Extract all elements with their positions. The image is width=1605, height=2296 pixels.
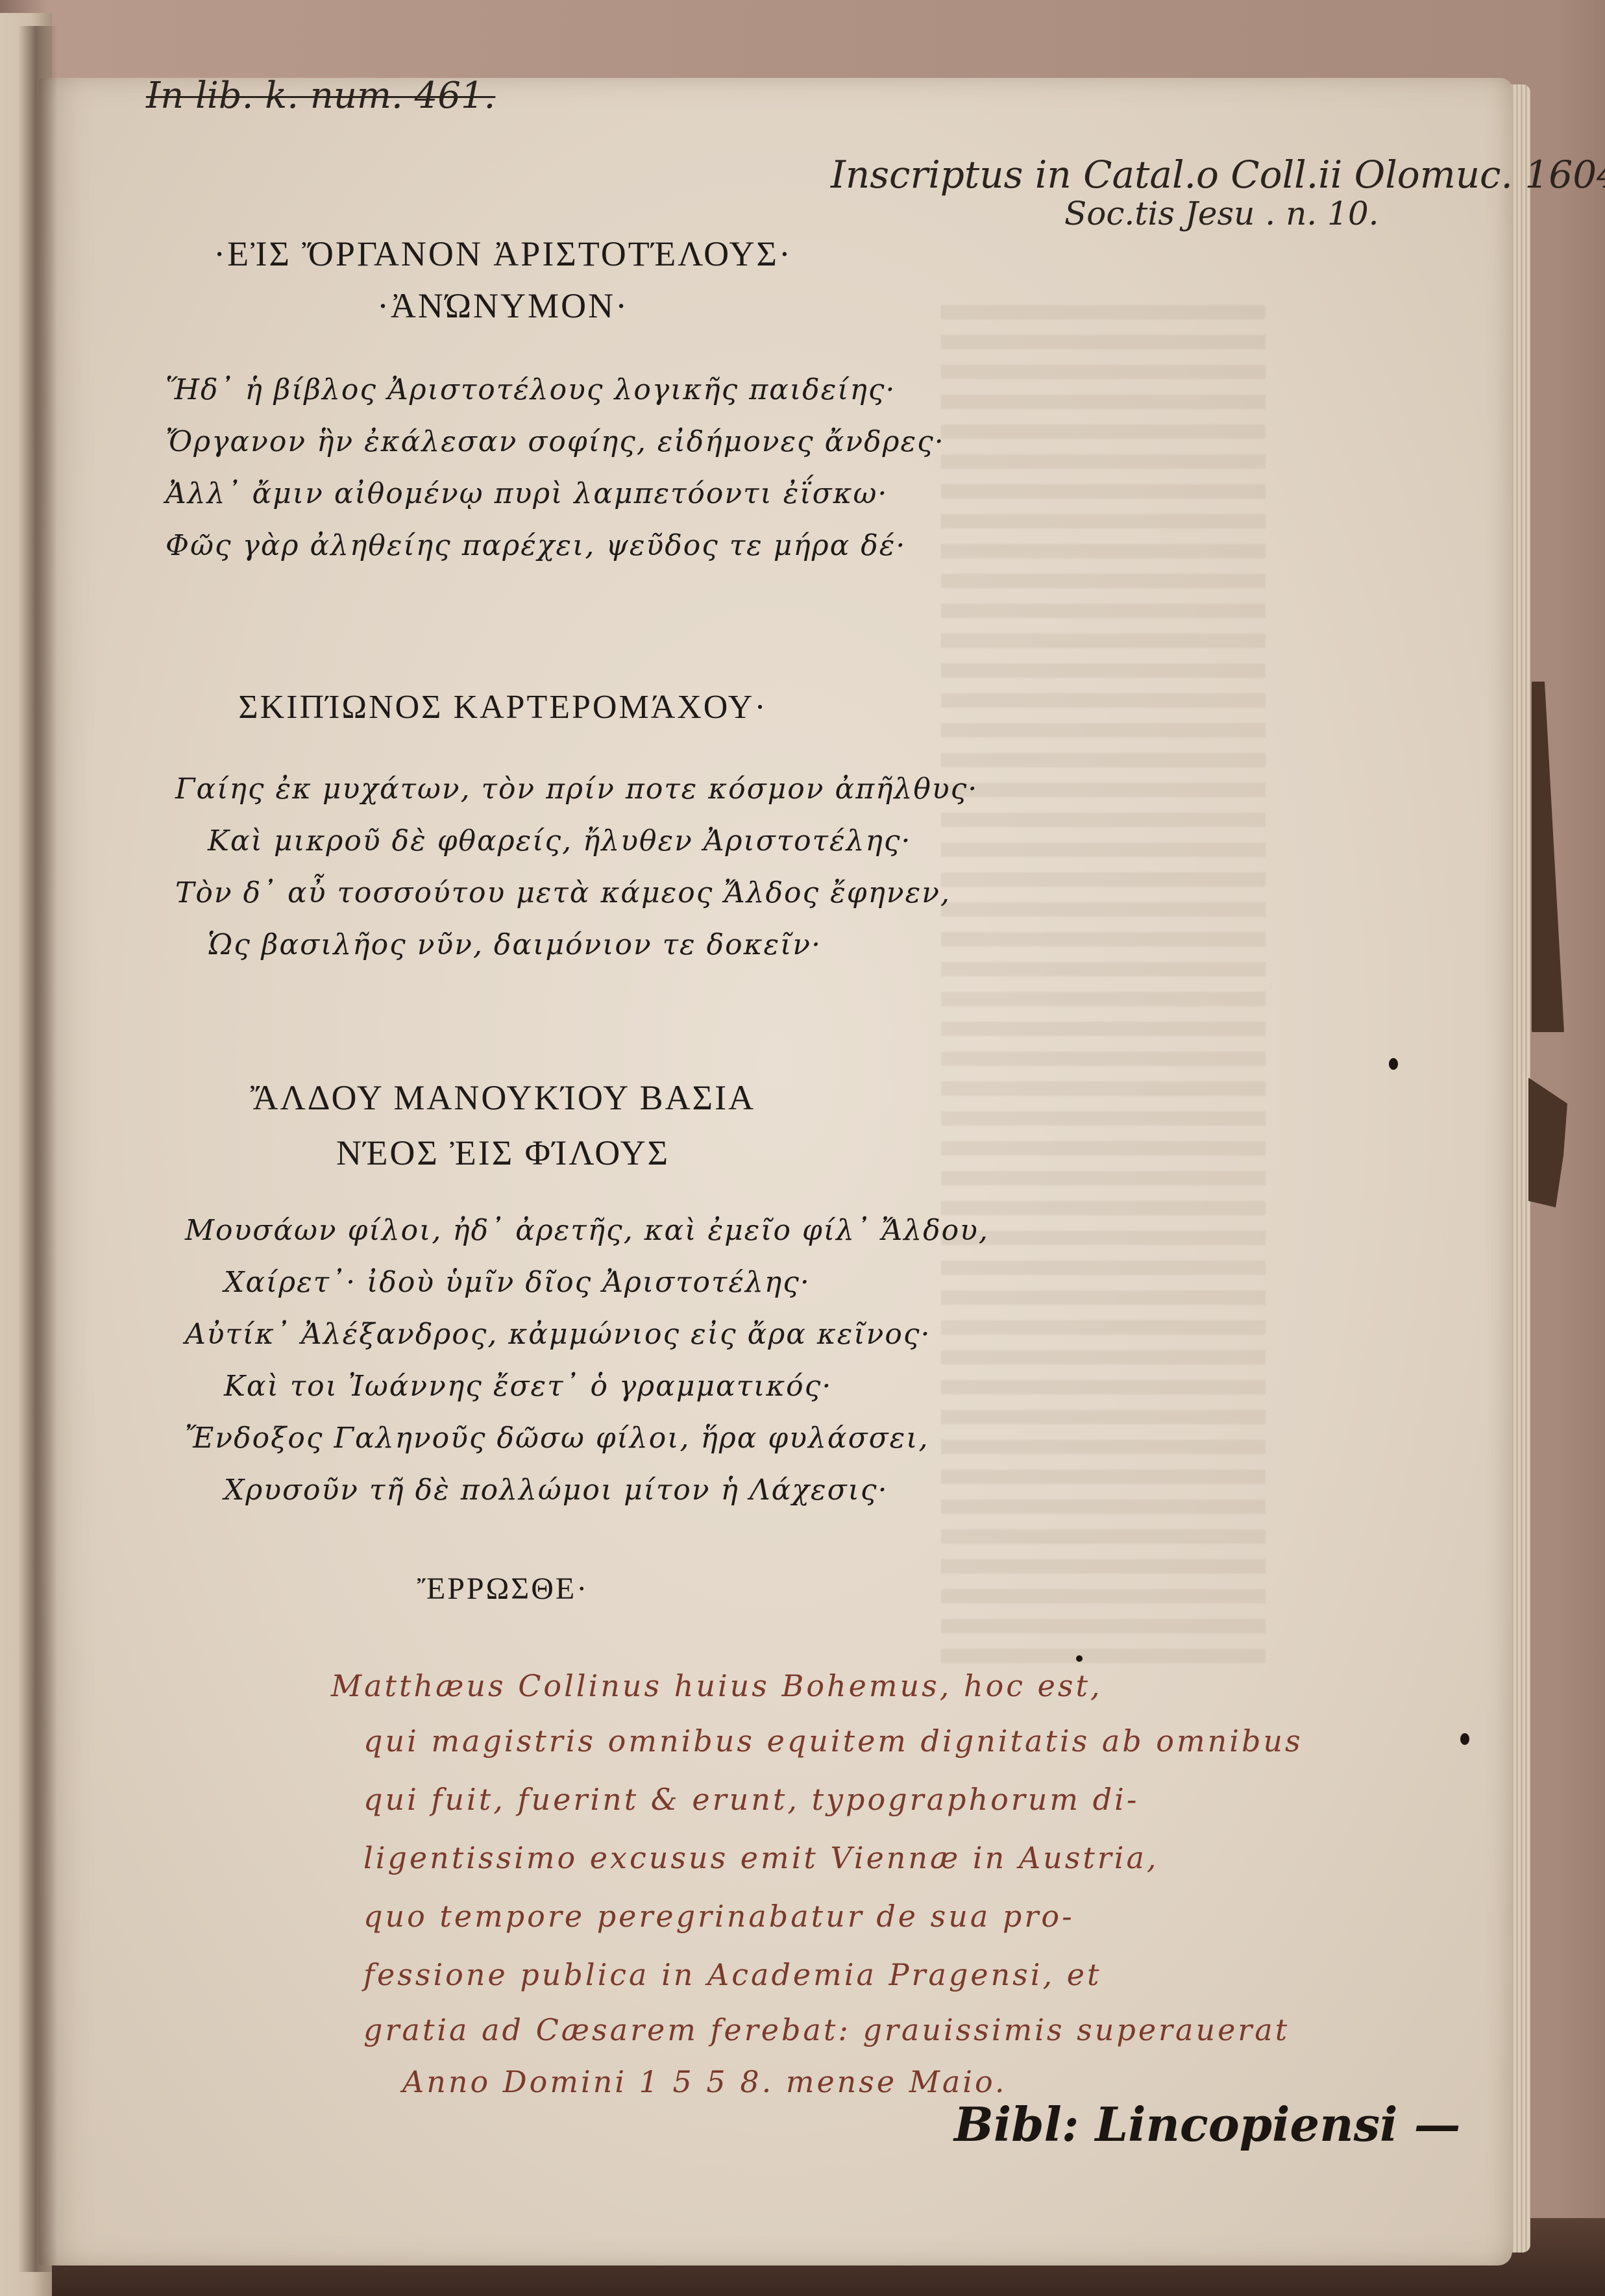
ownership-inscription-line: Matthæus Collinus huius Bohemus, hoc est… [331,1668,1103,1703]
ownership-inscription-line: Anno Domini 1 5 5 8. mense Maio. [402,2064,1007,2099]
verse-line: Ὄργανον ἣν ἐκάλεσαν σοφίης, εἰδήμονες ἄν… [165,425,945,458]
section-1-title: ·ΕἸΣ ὌΡΓΑΝΟΝ ἈΡΙΣΤΟΤΈΛΟΥΣ· [0,234,1006,274]
section-3-subtitle: ΝΈΟΣ ἘΙΣ ΦΊΛΟΥΣ [0,1133,1006,1173]
catalogue-inscription-line-1: Inscriptus in Catal.o Coll.ii Olomuc. 16… [831,153,1605,197]
verse-line: Χρυσοῦν τῆ δὲ πολλώμοι μίτον ἡ Λάχεσις· [224,1474,888,1507]
wormhole [1389,1058,1398,1070]
wormhole [1076,1655,1083,1662]
ownership-inscription-line: qui magistris omnibus equitem dignitatis… [363,1723,1303,1759]
wormhole [1460,1733,1469,1745]
ownership-inscription-line: ligentissimo excusus emit Viennæ in Aust… [363,1840,1159,1875]
verse-line: Ἔνδοξος Γαληνοῦς δῶσω φίλοι, ἥρα φυλάσσε… [185,1422,929,1455]
verse-line: Ὡς βασιλῆος νῦν, δαιμόνιον τε δοκεῖν· [208,928,822,961]
verse-line: Μουσάων φίλοι, ἠδ᾽ ἀρετῆς, καὶ ἐμεῖο φίλ… [185,1214,989,1247]
verse-line: Καὶ μικροῦ δὲ φθαρείς, ἤλυθεν Ἀριστοτέλη… [208,824,911,858]
verse-line: Φῶς γὰρ ἀληθείης παρέχει, ψεῦδος τε μήρα… [165,529,906,562]
closing-farewell: ἜΡΡΩΣΘΕ· [0,1571,1006,1607]
section-2-title: ΣΚΙΠΊΩΝΟΣ ΚΑΡΤΕΡΟΜΆΧΟΥ· [0,688,1006,726]
catalogue-inscription-line-2: Soc.tis Jesu . n. 10. [1064,195,1379,232]
leather-binding-fragment [1532,682,1564,1032]
bleed-through-text [941,305,1266,1668]
section-1-subtitle: ·ἈΝΏΝΥΜΟΝ· [0,286,1006,326]
verse-line: Αὐτίκ᾽ Ἀλέξανδρος, κἀμμώνιος εἰς ἄρα κεῖ… [185,1318,931,1351]
ownership-inscription-line: quo tempore peregrinabatur de sua pro- [363,1899,1075,1934]
verse-line: Γαίης ἐκ μυχάτων, τὸν πρίν ποτε κόσμον ἀ… [175,772,978,806]
ownership-inscription-line: fessione publica in Academia Pragensi, e… [363,1957,1101,1992]
verse-line: Ἥδ᾽ ἡ βίβλος Ἀριστοτέλους λογικῆς παιδεί… [165,373,896,406]
ownership-inscription-line: qui fuit, fuerint & erunt, typographorum… [363,1782,1139,1817]
library-signature: Bibl: Lincopiensi — [954,2097,1461,2152]
ownership-inscription-line: gratia ad Cæsarem ferebat: grauissimis s… [363,2012,1290,2047]
verse-line: Τὸν δ᾽ αὖ τοσσούτου μετὰ κάμεος Ἄλδος ἔφ… [175,876,951,909]
verse-line: Ἀλλ᾽ ἄμιν αἰθομένῳ πυρὶ λαμπετόοντι ἐΐσκ… [165,477,888,510]
struck-shelfmark-note: In lib. k. num. 461. [146,75,495,117]
leather-binding-fragment [1528,1078,1567,1207]
section-3-title: ἌΛΔΟΥ ΜΑΝΟΥΚΊΟΥ ΒΑΣΙΑ [0,1078,1006,1118]
verse-line: Χαίρετ᾽· ἰδοὺ ὑμῖν δῖος Ἀριστοτέλης· [224,1266,811,1299]
verse-line: Καὶ τοι Ἰωάννης ἔσετ᾽ ὁ γραμματικός· [224,1370,832,1403]
